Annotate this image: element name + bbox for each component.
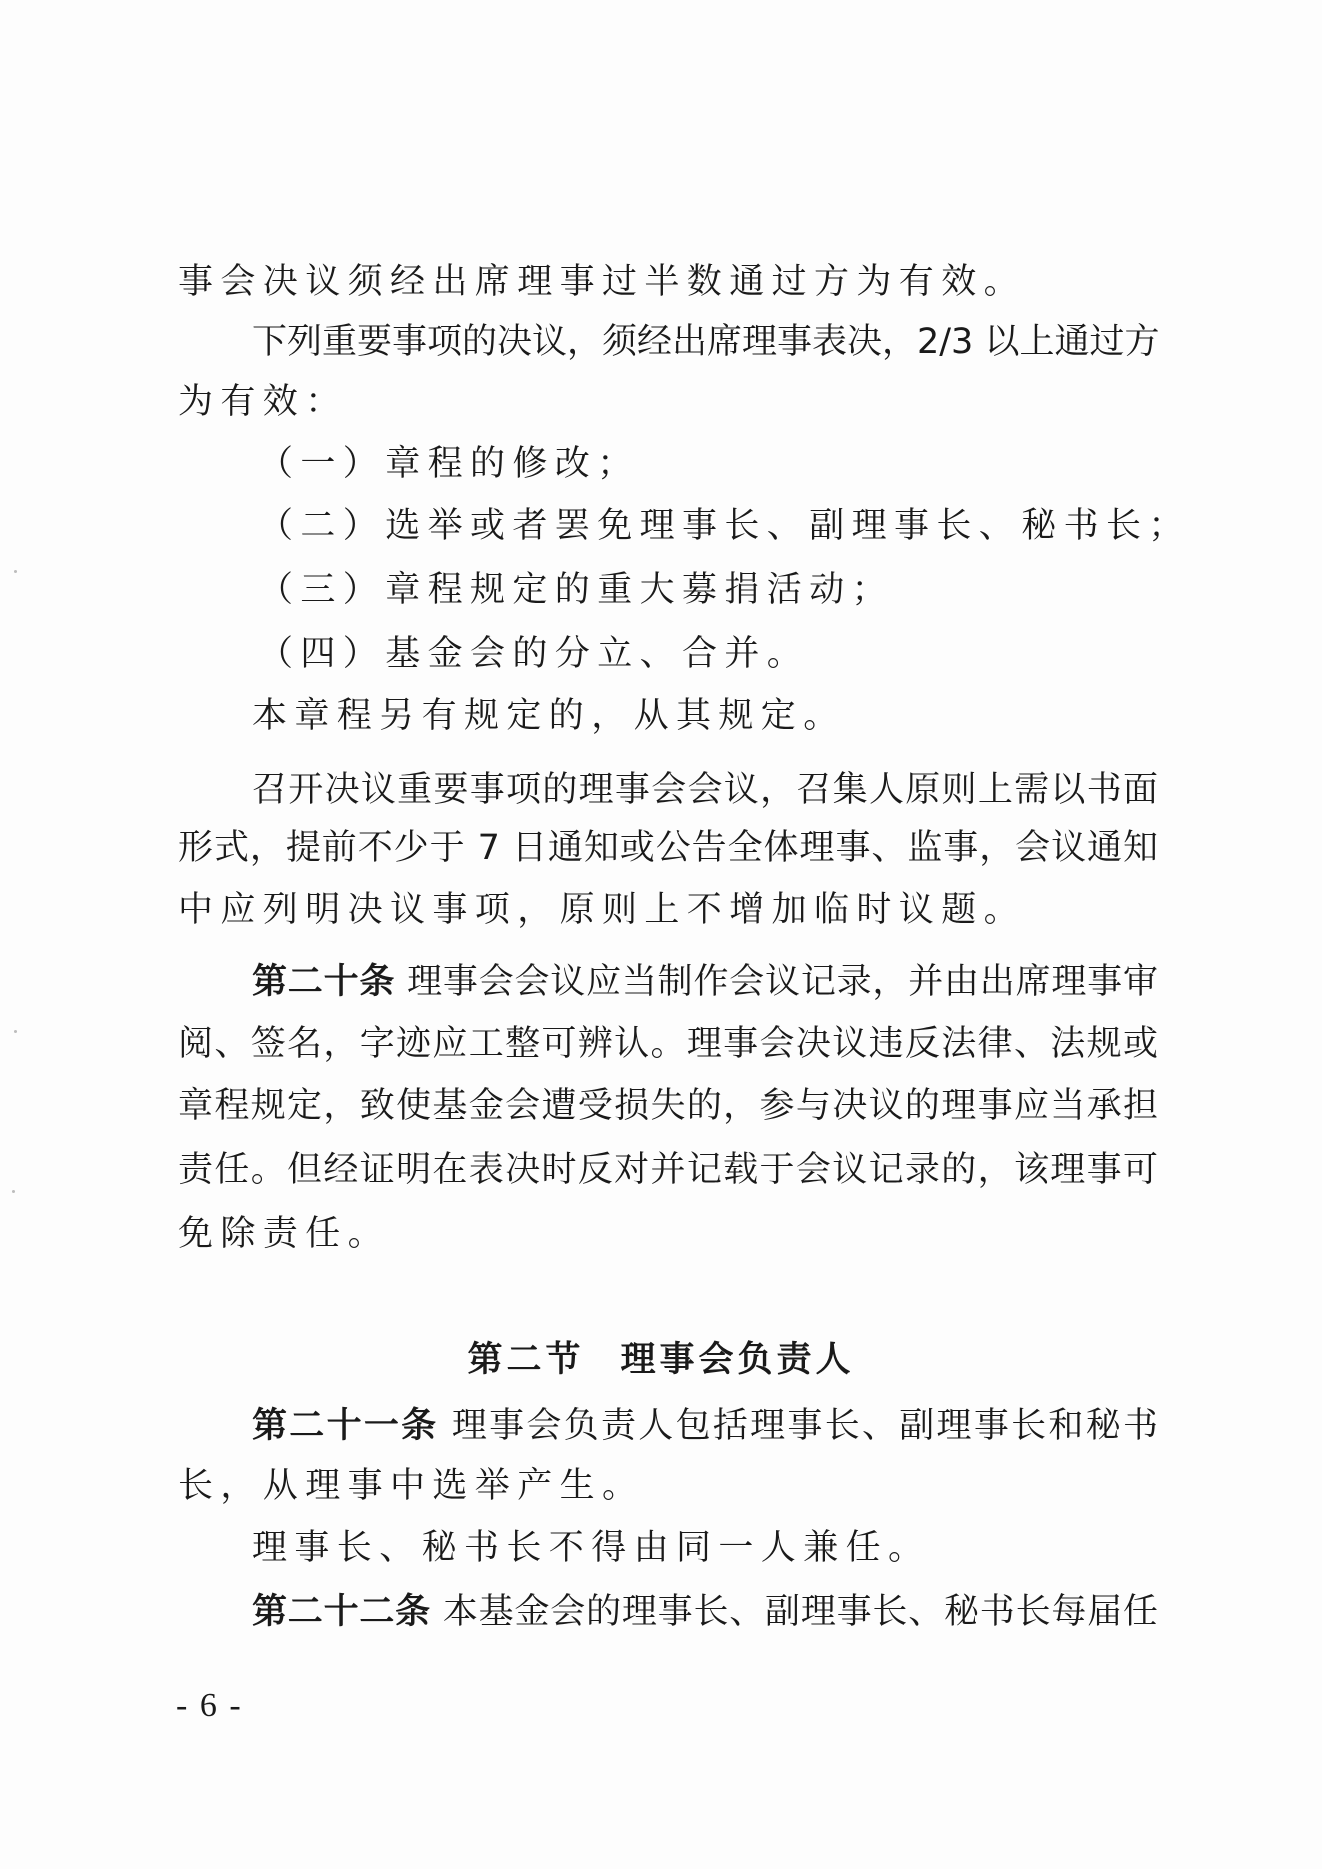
paragraph-line: 章程规定，致使基金会遭受损失的，参与决议的理事应当承担 — [178, 1086, 1158, 1126]
paragraph-line: 阅、签名，字迹应工整可辨认。理事会决议违反法律、法规或 — [178, 1024, 1158, 1064]
paragraph-line: 中应列明决议事项，原则上不增加临时议题。 — [178, 890, 1026, 930]
scan-speck — [14, 570, 17, 573]
article-label: 第二十条 — [252, 962, 395, 1002]
paragraph-line: 形式，提前不少于 7 日通知或公告全体理事、监事，会议通知 — [178, 828, 1158, 868]
paragraph-line: 免除责任。 — [178, 1214, 390, 1254]
article-text: 理事会负责人包括理事长、副理事长和秘书 — [452, 1406, 1158, 1446]
section-number: 第二节 — [467, 1340, 584, 1380]
paragraph-line: 责任。但经证明在表决时反对并记载于会议记录的，该理事可 — [178, 1150, 1158, 1190]
paragraph-line: 长，从理事中选举产生。 — [178, 1466, 644, 1506]
document-page: 事会决议须经出席理事过半数通过方为有效。 下列重要事项的决议，须经出席理事表决，… — [0, 0, 1322, 1869]
scan-speck — [14, 1030, 17, 1033]
paragraph-line: 为有效： — [178, 382, 348, 422]
article-21-first-line: 第二十一条 理事会负责人包括理事长、副理事长和秘书 — [252, 1406, 1158, 1446]
paragraph-line: 召开决议重要事项的理事会会议，召集人原则上需以书面 — [252, 770, 1158, 810]
list-item: （二）选举或者罢免理事长、副理事长、秘书长； — [258, 506, 1191, 546]
page-number: - 6 - — [176, 1686, 243, 1726]
article-22-first-line: 第二十二条 本基金会的理事长、副理事长、秘书长每届任 — [252, 1592, 1158, 1632]
article-text: 本基金会的理事长、副理事长、秘书长每届任 — [443, 1592, 1158, 1632]
list-item: （三）章程规定的重大募捐活动； — [258, 570, 894, 610]
article-label: 第二十二条 — [252, 1592, 431, 1632]
section-heading: 第二节理事会负责人 — [0, 1340, 1322, 1380]
paragraph-line: 下列重要事项的决议，须经出席理事表决，2/3 以上通过方 — [252, 322, 1158, 362]
article-label: 第二十一条 — [252, 1406, 438, 1446]
paragraph-line: 事会决议须经出席理事过半数通过方为有效。 — [178, 262, 1026, 302]
list-item: （一）章程的修改； — [258, 444, 640, 484]
article-text: 理事会会议应当制作会议记录，并由出席理事审 — [407, 962, 1158, 1002]
list-item: （四）基金会的分立、合并。 — [258, 634, 809, 674]
scan-speck — [12, 1190, 15, 1193]
paragraph-line: 本章程另有规定的，从其规定。 — [252, 696, 846, 736]
article-20-first-line: 第二十条 理事会会议应当制作会议记录，并由出席理事审 — [252, 962, 1158, 1002]
paragraph-line: 理事长、秘书长不得由同一人兼任。 — [252, 1528, 930, 1568]
section-title: 理事会负责人 — [621, 1340, 855, 1380]
